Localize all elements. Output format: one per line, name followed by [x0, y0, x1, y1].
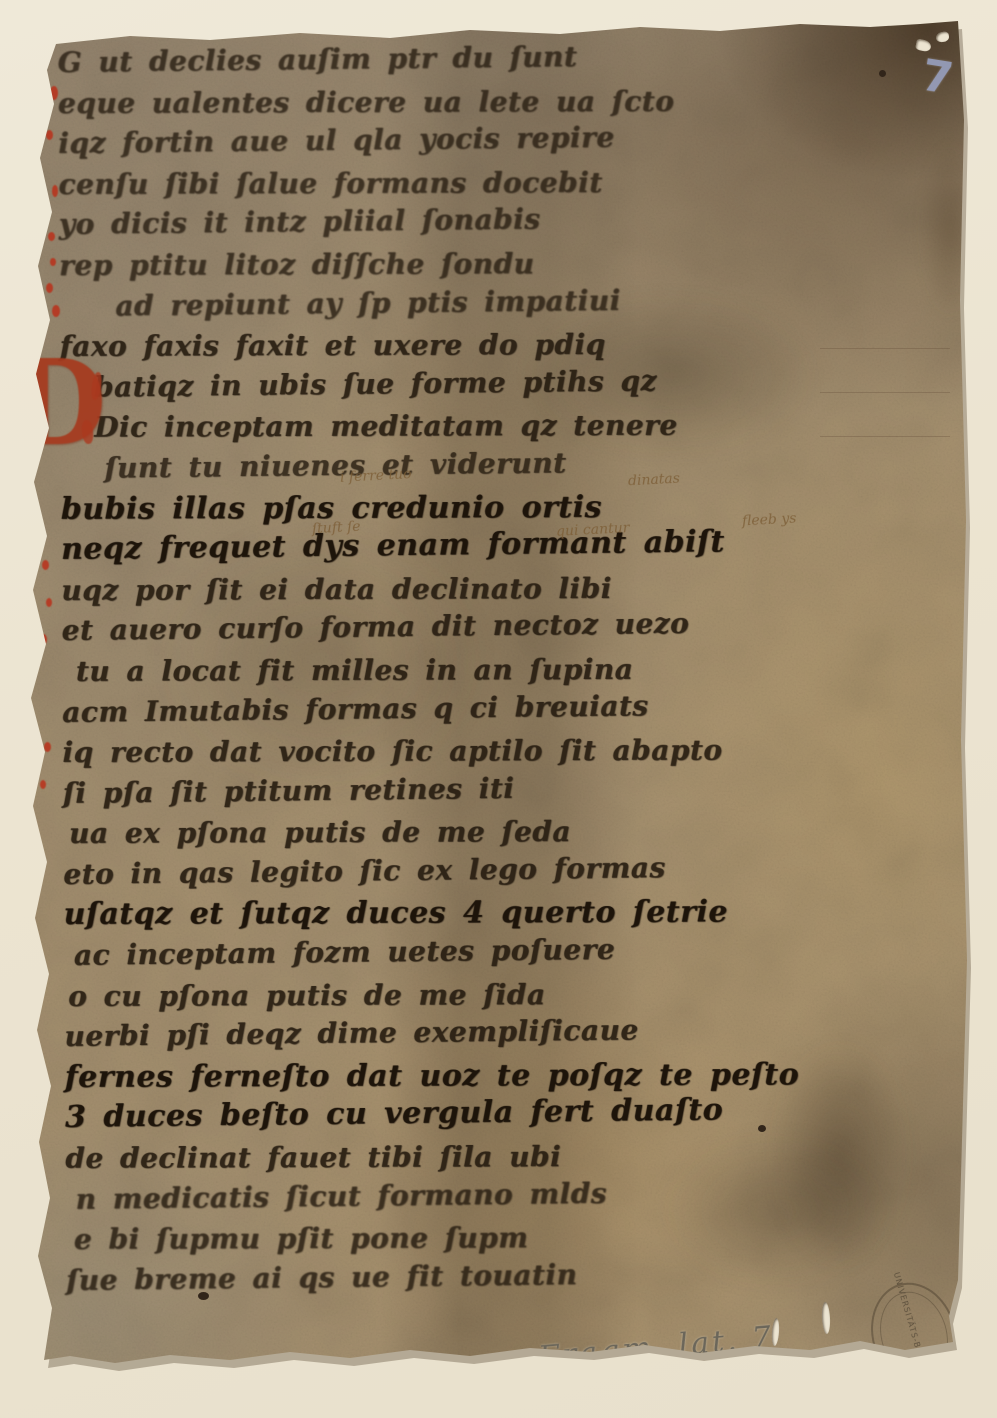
- red-edge-mark: [46, 598, 52, 607]
- right-edge-stain: [920, 140, 980, 320]
- interlinear-gloss: fleeb ys: [742, 511, 797, 530]
- ms-line: iqz fortin aue ul qla yocis repire: [58, 115, 888, 165]
- text-block: G ut declies auſim ptr du ſunt eque uale…: [58, 37, 897, 1301]
- ms-line: batiqz in ubis ſue forme ptihs qz: [94, 358, 890, 408]
- manuscript-photograph: G ut declies auſim ptr du ſunt eque uale…: [0, 0, 997, 1418]
- red-edge-mark: [50, 86, 58, 100]
- wormhole: [758, 1125, 766, 1132]
- ms-line: ſue breme ai qs ue fit touatin: [66, 1251, 896, 1301]
- ms-line: ad repiunt ay ſp ptis impatiui: [115, 277, 889, 326]
- ms-line: et auero curſo forma dit nectoz uezo: [61, 602, 891, 652]
- wormhole: [198, 1292, 209, 1300]
- red-initial-d: D: [12, 344, 106, 462]
- ms-line: G ut declies auſim ptr du ſunt: [58, 33, 888, 83]
- wormhole: [879, 70, 886, 77]
- hole: [935, 31, 949, 43]
- ms-line: ſi pſa ſit ptitum retines iti: [63, 764, 893, 814]
- ms-line: ac inceptam fozm uetes poſuere: [74, 927, 894, 977]
- red-edge-mark: [52, 185, 58, 197]
- interlinear-gloss: ſtuft ſe: [312, 519, 361, 538]
- red-edge-mark: [40, 780, 46, 789]
- red-edge-mark: [48, 232, 55, 241]
- ms-line: ſunt tu niuenes et viderunt: [104, 440, 890, 490]
- red-edge-mark: [50, 258, 56, 266]
- red-edge-mark: [40, 634, 47, 645]
- red-edge-mark: [44, 742, 51, 752]
- ms-line: 3 duces beſto cu vergula fert duaſto: [65, 1089, 895, 1139]
- slit-hole: [821, 1302, 831, 1334]
- ms-line: uerbi pſi deqz dime exempliſicaue: [64, 1008, 894, 1058]
- ms-line: yo dicis it intz pliial ſonabis: [59, 196, 889, 246]
- folio-number: 7: [918, 50, 956, 105]
- interlinear-gloss: dinatas: [628, 471, 681, 490]
- red-edge-mark: [52, 305, 60, 317]
- manuscript-leaf: G ut declies auſim ptr du ſunt eque uale…: [0, 0, 997, 1418]
- ms-line: n medicatis ſicut formano mlds: [75, 1170, 895, 1220]
- ms-line: eto in qas legito ſic ex lego formas: [63, 845, 893, 895]
- red-edge-mark: [46, 130, 53, 140]
- red-edge-mark: [46, 283, 53, 293]
- red-edge-mark: [42, 560, 49, 570]
